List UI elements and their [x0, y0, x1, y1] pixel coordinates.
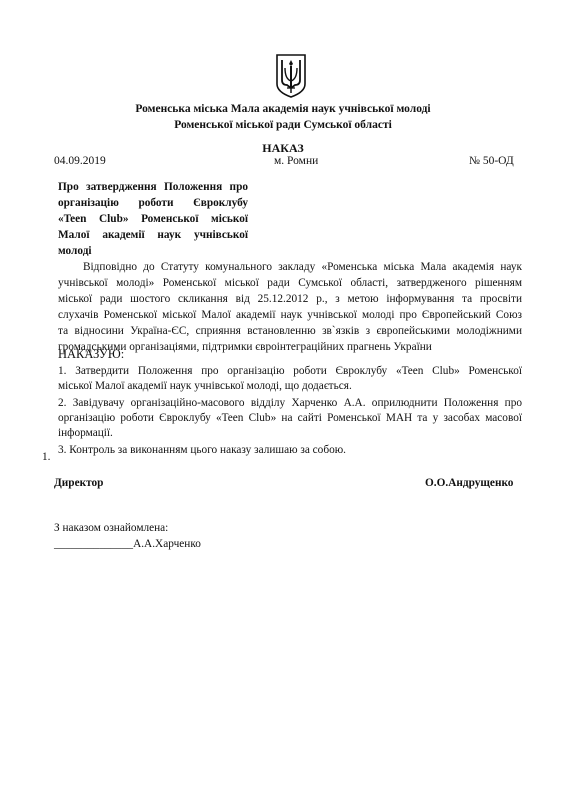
item-line: 2. Завідувачу організаційно-масового від… — [58, 396, 522, 411]
subject-line: «Teen Club» Роменської міської — [58, 211, 248, 227]
organization-name-line1: Роменська міська Мала академія наук учні… — [0, 101, 566, 117]
order-item-1: 1. Затвердити Положення про організацію … — [58, 364, 522, 394]
preamble-line: громадськими організаціями, підтримки єв… — [58, 339, 522, 355]
subject-line: Малої академії наук учнівської — [58, 227, 248, 243]
subject-line: молоді — [58, 243, 248, 259]
preamble-line: міської ради шостого скликання від 25.12… — [58, 291, 522, 307]
acknowledgement-label: З наказом ознайомлена: — [54, 522, 168, 534]
preamble-line: слухачів Роменської міської Малої академ… — [58, 307, 522, 323]
preamble-line: та відносини Україна-ЄС, сприяння встано… — [58, 323, 522, 339]
preamble-line: Відповідно до Статуту комунального закла… — [58, 259, 522, 275]
signatory-name: О.О.Андрущенко — [425, 477, 513, 489]
subject-line: Про затвердження Положення про — [58, 179, 248, 195]
preamble-paragraph: Відповідно до Статуту комунального закла… — [58, 259, 522, 355]
subject-line: організацію роботи Євроклубу — [58, 195, 248, 211]
trident-coat-of-arms-icon — [276, 54, 306, 98]
order-items: 1. Затвердити Положення про організацію … — [58, 364, 522, 460]
order-subject: Про затвердження Положення про організац… — [58, 179, 248, 259]
acknowledgement-signature-line: ______________А.А.Харченко — [54, 538, 201, 550]
item-line: інформації. — [58, 426, 522, 441]
organization-name-line2: Роменської міської ради Сумської області — [0, 117, 566, 133]
order-item-3: 3. Контроль за виконанням цього наказу з… — [58, 443, 522, 458]
item-line: 1. Затвердити Положення про організацію … — [58, 364, 522, 379]
stray-list-number: 1. — [42, 451, 50, 463]
preamble-line: учнівської молоді» Роменської міської ра… — [58, 275, 522, 291]
document-number: № 50-ОД — [469, 155, 514, 167]
signatory-title: Директор — [54, 477, 103, 489]
item-line: організацію роботи Євроклубу «Teen Club»… — [58, 411, 522, 426]
item-line: 3. Контроль за виконанням цього наказу з… — [58, 443, 522, 458]
item-line: міської Малої академії наук учнівської м… — [58, 379, 522, 394]
document-date: 04.09.2019 — [54, 155, 106, 167]
order-item-2: 2. Завідувачу організаційно-масового від… — [58, 396, 522, 441]
document-city: м. Ромни — [274, 155, 318, 167]
document-title: НАКАЗ — [0, 141, 566, 156]
order-keyword: НАКАЗУЮ: — [58, 347, 124, 362]
